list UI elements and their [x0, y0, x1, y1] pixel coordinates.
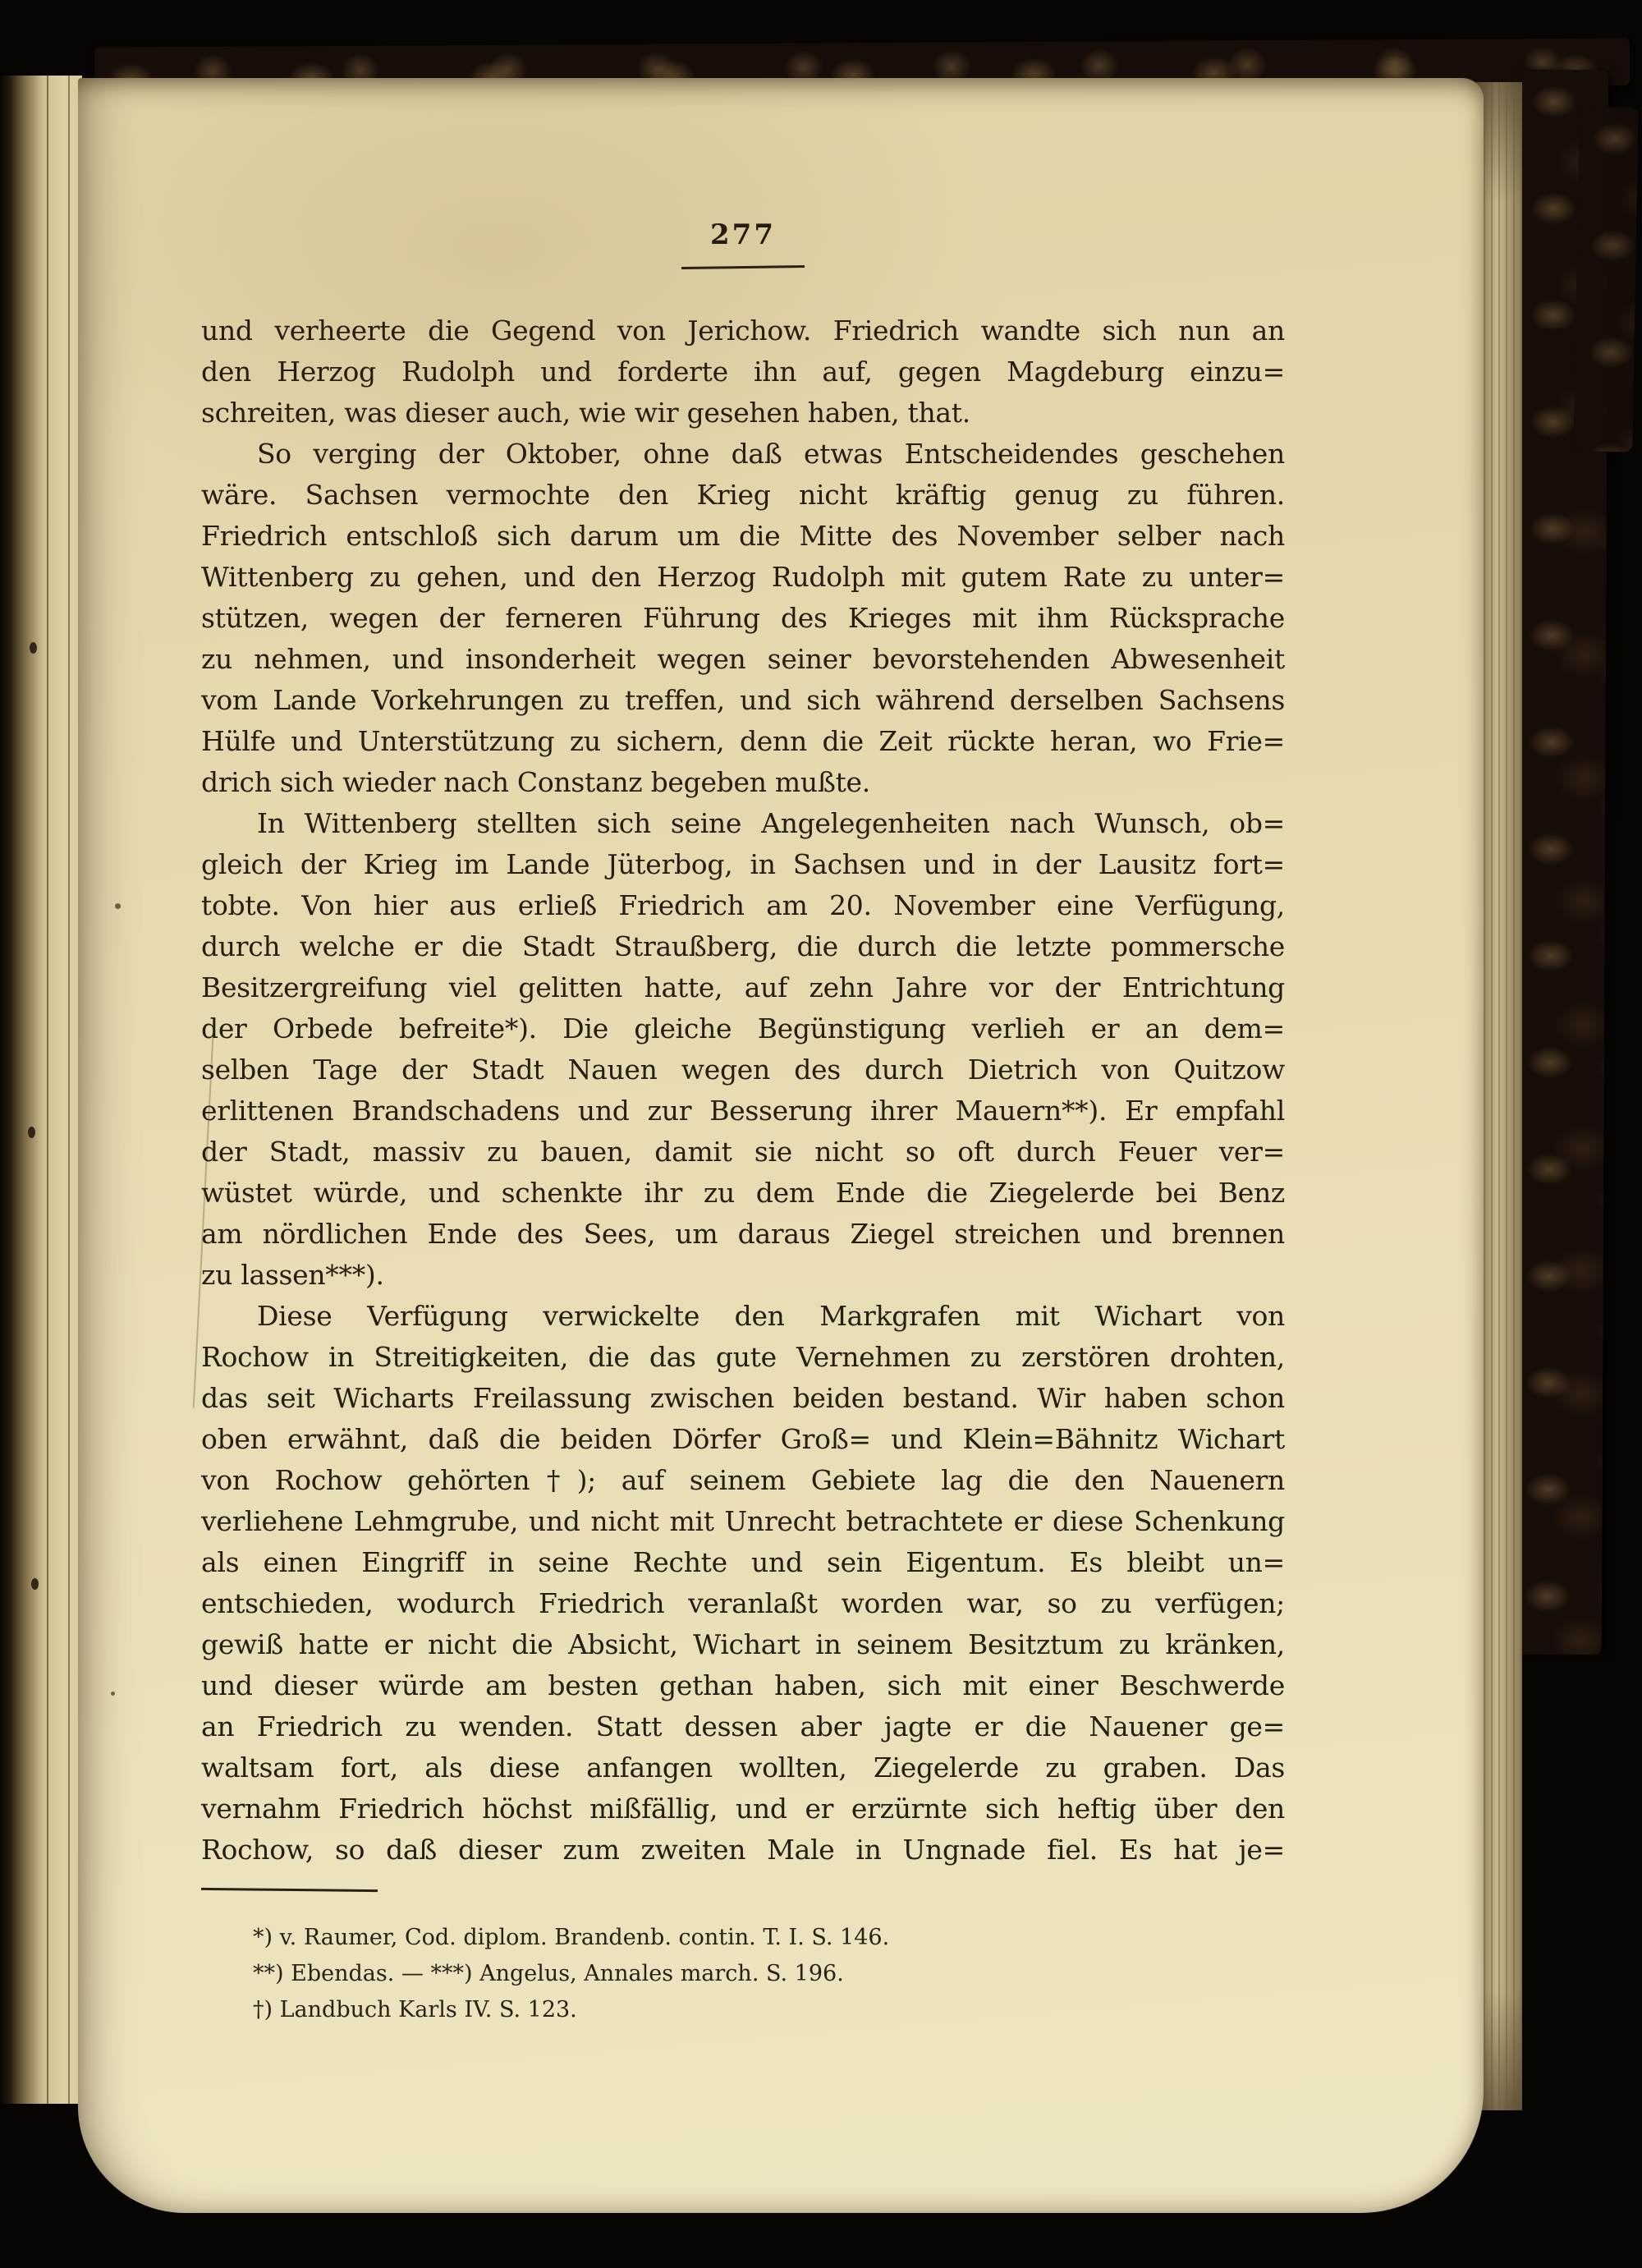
book-photo: 277 und verheerte die Gegend von Jericho…	[0, 0, 1642, 2268]
text-block: und verheerte die Gegend von Jerichow. F…	[201, 310, 1285, 1871]
footnote-line: **) Ebendas. — ***) Angelus, Annales mar…	[253, 1956, 1287, 1992]
paragraph: So verging der Oktober, ohne daß etwas E…	[201, 434, 1285, 803]
paragraph: Diese Verfügung verwickelte den Markgraf…	[201, 1296, 1285, 1871]
page-number: 277	[201, 218, 1285, 251]
paragraph: und verheerte die Gegend von Jerichow. F…	[201, 310, 1285, 434]
footnote-line: †) Landbuch Karls IV. S. 123.	[253, 1992, 1287, 2028]
text-line: vernahm Friedrich höchst mißfällig, und …	[201, 1788, 1285, 1830]
text-line: drich sich wieder nach Constanz begeben …	[201, 762, 1285, 803]
text-line: und dieser würde am besten gethan haben,…	[201, 1665, 1285, 1706]
text-line: von Rochow gehörten†); auf seinem Gebiet…	[201, 1460, 1285, 1501]
text-line: gewiß hatte er nicht die Absicht, Wichar…	[201, 1624, 1285, 1665]
paragraph: In Wittenberg stellten sich seine Angele…	[201, 803, 1285, 1296]
text-line: Wittenberg zu gehen, und den Herzog Rudo…	[201, 557, 1285, 598]
footnote-line: *) v. Raumer, Cod. diplom. Brandenb. con…	[253, 1920, 1287, 1956]
text-line: entschieden, wodurch Friedrich veranlaßt…	[201, 1583, 1285, 1624]
text-line: gleich der Krieg im Lande Jüterbog, in S…	[201, 844, 1285, 885]
text-line: am nördlichen Ende des Sees, um daraus Z…	[201, 1214, 1285, 1255]
binding-stitch	[30, 642, 37, 654]
book-cover-corner	[1573, 106, 1638, 452]
text-line: an Friedrich zu wenden. Statt dessen abe…	[201, 1706, 1285, 1747]
text-line: durch welche er die Stadt Straußberg, di…	[201, 926, 1285, 967]
text-line: schreiten, was dieser auch, wie wir gese…	[201, 393, 1285, 434]
footnotes: *) v. Raumer, Cod. diplom. Brandenb. con…	[253, 1920, 1287, 2028]
text-line: tobte. Von hier aus erließ Friedrich am …	[201, 885, 1285, 926]
text-line: In Wittenberg stellten sich seine Angele…	[201, 803, 1285, 844]
paper-speck	[111, 1692, 115, 1696]
text-line: das seit Wicharts Freilassung zwischen b…	[201, 1378, 1285, 1419]
text-line: der Stadt, massiv zu bauen, damit sie ni…	[201, 1132, 1285, 1173]
binding-stitch	[28, 1127, 35, 1138]
text-line: den Herzog Rudolph und forderte ihn auf,…	[201, 351, 1285, 393]
text-line: Rochow, so daß dieser zum zweiten Male i…	[201, 1830, 1285, 1871]
text-line: stützen, wegen der ferneren Führung des …	[201, 598, 1285, 639]
facing-page-gutter-sliver	[0, 76, 82, 2104]
text-line: als einen Eingriff in seine Rechte und s…	[201, 1542, 1285, 1583]
text-line: Besitzergreifung viel gelitten hatte, au…	[201, 967, 1285, 1008]
text-line: waltsam fort, als diese anfangen wollten…	[201, 1747, 1285, 1788]
text-line: Rochow in Streitigkeiten, die das gute V…	[201, 1337, 1285, 1378]
text-line: wüstet würde, und schenkte ihr zu dem En…	[201, 1173, 1285, 1214]
text-line: zu lassen***).	[201, 1255, 1285, 1296]
text-line: vom Lande Vorkehrungen zu treffen, und s…	[201, 680, 1285, 721]
text-line: erlittenen Brandschadens und zur Besseru…	[201, 1090, 1285, 1132]
text-line: verliehene Lehmgrube, und nicht mit Unre…	[201, 1501, 1285, 1542]
text-line: wäre. Sachsen vermochte den Krieg nicht …	[201, 475, 1285, 516]
text-line: selben Tage der Stadt Nauen wegen des du…	[201, 1049, 1285, 1090]
text-line: der Orbede befreite*). Die gleiche Begün…	[201, 1008, 1285, 1049]
text-line: Hülfe und Unterstützung zu sichern, denn…	[201, 721, 1285, 762]
text-line: oben erwähnt, daß die beiden Dörfer Groß…	[201, 1419, 1285, 1460]
text-line: zu nehmen, und insonderheit wegen seiner…	[201, 639, 1285, 680]
binding-stitch	[31, 1578, 39, 1590]
text-line: Diese Verfügung verwickelte den Markgraf…	[201, 1296, 1285, 1337]
text-line: und verheerte die Gegend von Jerichow. F…	[201, 310, 1285, 351]
text-line: Friedrich entschloß sich darum um die Mi…	[201, 516, 1285, 557]
paper-speck	[115, 903, 121, 909]
text-line: So verging der Oktober, ohne daß etwas E…	[201, 434, 1285, 475]
